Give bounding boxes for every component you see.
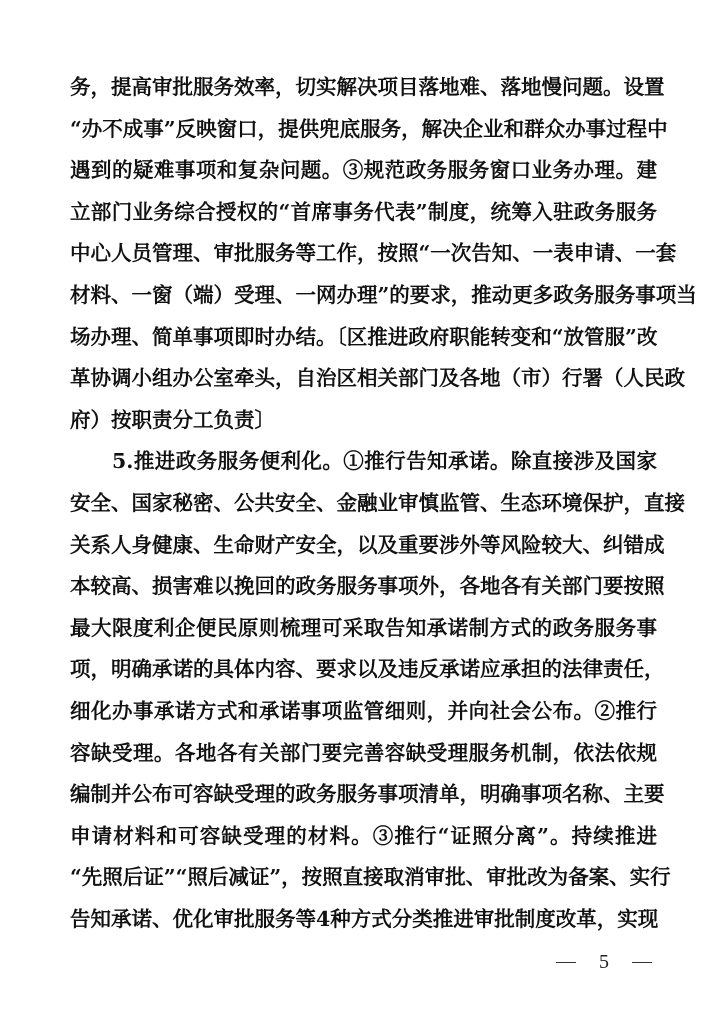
text-line: “先照后证”“照后减证”，按照直接取消审批、审批改为备案、实行	[70, 857, 657, 899]
text-line: 场办理、简单事项即时办结。〔区推进政府职能转变和“放管服”改	[70, 317, 657, 359]
text-line: 项，明确承诺的具体内容、要求以及违反承诺应承担的法律责任，	[70, 649, 657, 691]
text-line: 编制并公布可容缺受理的政务服务事项清单，明确事项名称、主要	[70, 774, 657, 816]
text-line: 材料、一窗（端）受理、一网办理”的要求，推动更多政务服务事项当	[70, 275, 657, 317]
text-line: 务，提高审批服务效率，切实解决项目落地难、落地慢问题。设置	[70, 67, 657, 109]
text-line: “办不成事”反映窗口，提供兜底服务，解决企业和群众办事过程中	[70, 109, 657, 151]
text-line: 安全、国家秘密、公共安全、金融业审慎监管、生态环境保护，直接	[70, 483, 657, 525]
text-line: 府）按职责分工负责〕	[70, 400, 657, 442]
text-line: 最大限度利企便民原则梳理可采取告知承诺制方式的政务服务事	[70, 608, 657, 650]
left-dash	[556, 962, 576, 963]
text-line: 革协调小组办公室牵头，自治区相关部门及各地（市）行署（人民政	[70, 358, 657, 400]
document-page: 务，提高审批服务效率，切实解决项目落地难、落地慢问题。设置“办不成事”反映窗口，…	[0, 0, 726, 1013]
page-number-footer: 5	[556, 948, 652, 976]
text-line: 容缺受理。各地各有关部门要完善容缺受理服务机制，依法依规	[70, 733, 657, 775]
text-line: 中心人员管理、审批服务等工作，按照“一次告知、一表申请、一套	[70, 233, 657, 275]
text-line: 5.推进政务服务便利化。①推行告知承诺。除直接涉及国家	[70, 441, 657, 483]
body-text: 务，提高审批服务效率，切实解决项目落地难、落地慢问题。设置“办不成事”反映窗口，…	[70, 67, 670, 940]
text-line: 立部门业务综合授权的“首席事务代表”制度，统筹入驻政务服务	[70, 192, 657, 234]
text-line: 告知承诺、优化审批服务等4种方式分类推进审批制度改革，实现	[70, 899, 657, 941]
text-line: 关系人身健康、生命财产安全，以及重要涉外等风险较大、纠错成	[70, 525, 657, 567]
text-line: 遇到的疑难事项和复杂问题。③规范政务服务窗口业务办理。建	[70, 150, 657, 192]
text-line: 本较高、损害难以挽回的政务服务事项外，各地各有关部门要按照	[70, 566, 657, 608]
page-number: 5	[599, 951, 609, 974]
text-line: 申请材料和可容缺受理的材料。③推行“证照分离”。持续推进	[70, 816, 657, 858]
text-line: 细化办事承诺方式和承诺事项监管细则，并向社会公布。②推行	[70, 691, 657, 733]
right-dash	[632, 962, 652, 963]
